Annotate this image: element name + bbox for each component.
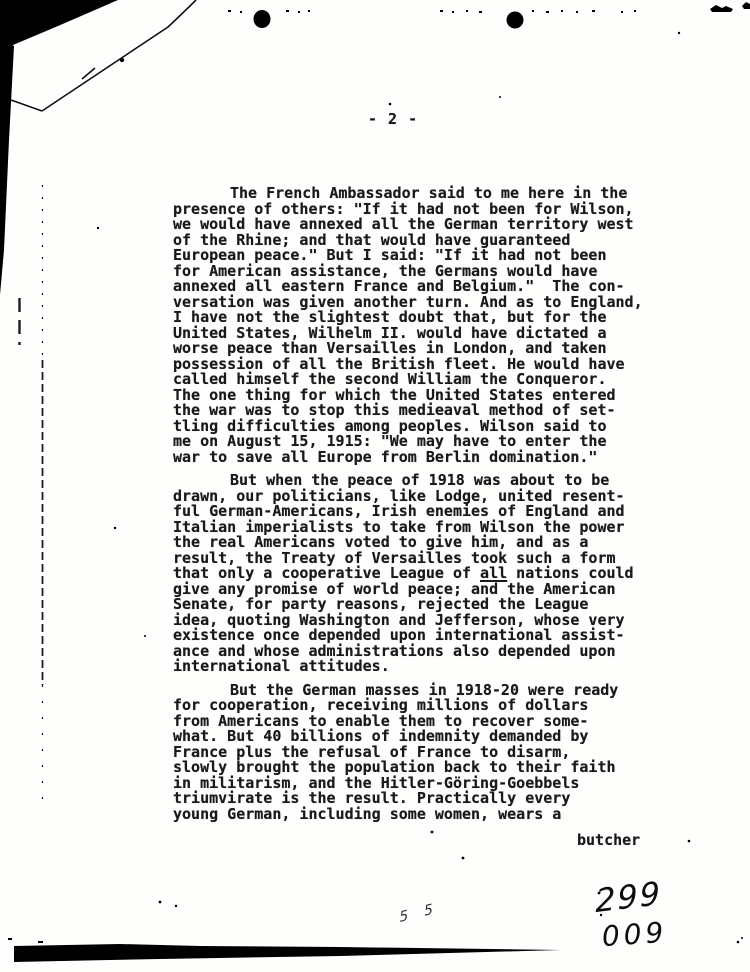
handwritten-number-299: 299 [595, 874, 662, 920]
fold-dotted-line [20, 185, 43, 806]
scanned-letter-page: - 2 - The French Ambassador said to me h… [0, 0, 750, 972]
paragraph: But when the peace of 1918 was about to … [173, 473, 653, 675]
paragraph: The French Ambassador said to me here in… [173, 186, 653, 465]
text-line: young German, including some women, wear… [173, 807, 653, 823]
page-number: - 2 - [368, 112, 418, 128]
punch-hole-dots [254, 10, 524, 29]
crease-line [11, 0, 196, 111]
text-line: international attitudes. [173, 659, 653, 675]
paragraph: But the German masses in 1918-20 were re… [173, 683, 653, 823]
corner-fold-artifact [0, 0, 118, 295]
bottom-scan-bar [8, 938, 561, 962]
text-line: war to save all Europe from Berlin domin… [173, 450, 653, 466]
catchword: butcher [577, 833, 640, 849]
handwritten-number-partial: 009 [601, 914, 693, 957]
top-edge-speckles [228, 10, 636, 13]
handwritten-mark-55: 5 5 [399, 900, 440, 926]
letter-body: The French Ambassador said to me here in… [173, 186, 653, 822]
top-right-smudge [710, 2, 750, 12]
